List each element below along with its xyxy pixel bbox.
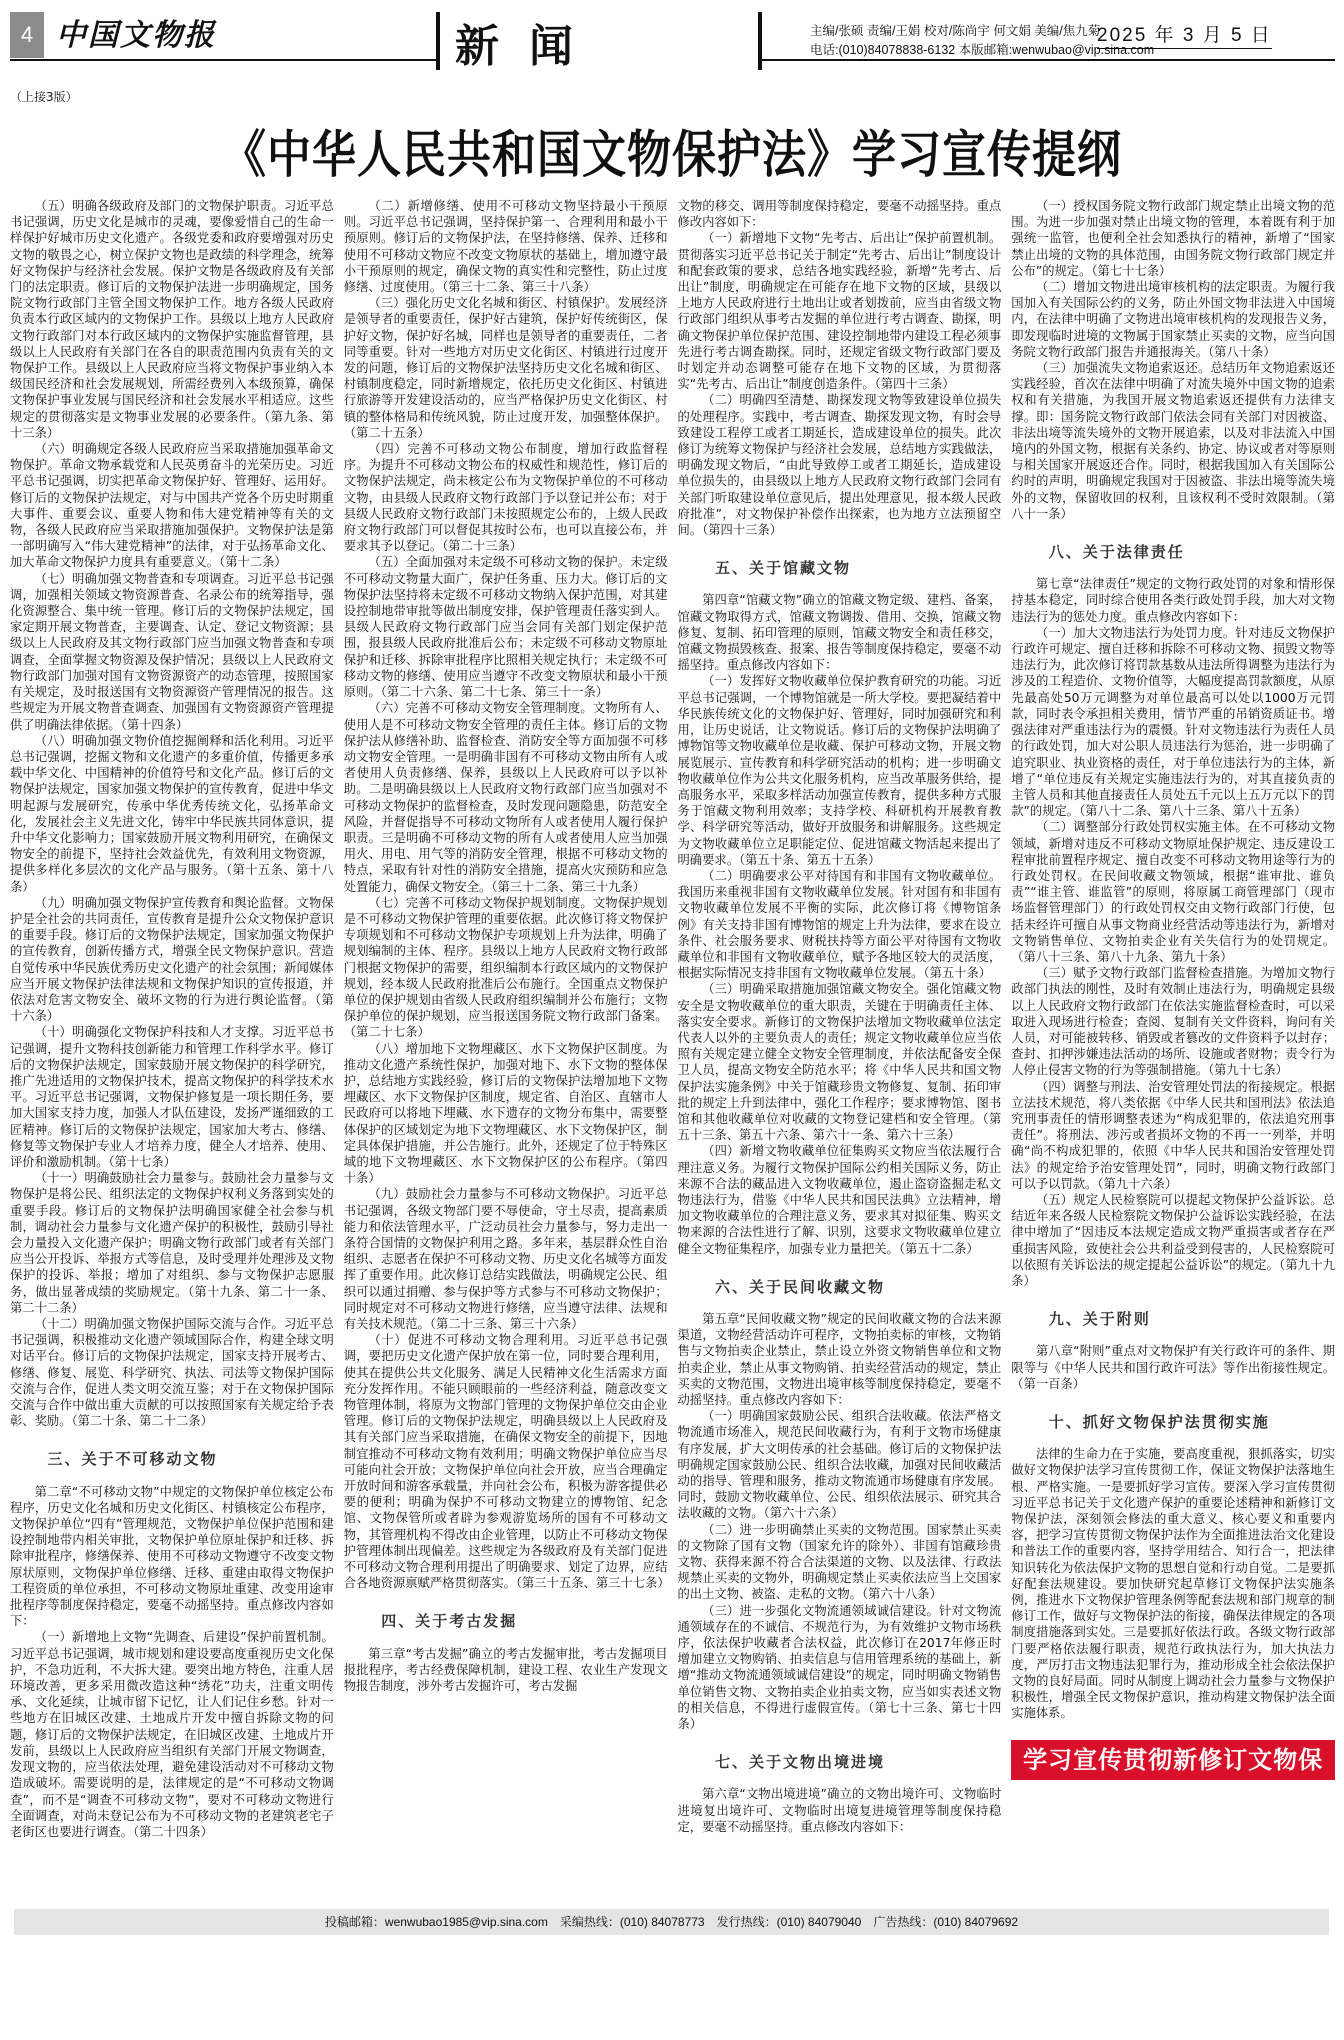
section-heading: 十、抓好文物保护法贯彻实施 — [1011, 1414, 1335, 1430]
article-paragraph: （二）增加文物进出境审核机构的法定职责。为履行我国加入有关国际公约的义务，防止外… — [1011, 279, 1335, 360]
article-paragraph: （九）明确加强文物保护宣传教育和舆论监督。文物保护是全社会的共同责任，宣传教育是… — [10, 895, 334, 1025]
section-heading: 七、关于文物出境进境 — [678, 1754, 1002, 1770]
article-paragraph: （七）完善不可移动文物保护规划制度。文物保护规划是不可移动文物保护管理的重要依据… — [344, 895, 668, 1041]
column-3: 文物的移交、调用等制度保持稳定，要毫不动摇坚持。重点修改内容如下：（一）新增地下… — [678, 198, 1002, 1908]
article-paragraph: （三）明确采取措施加强馆藏文物安全。强化馆藏文物安全是文物收藏单位的重大职责，关… — [678, 981, 1002, 1143]
article-paragraph: （一）明确国家鼓励公民、组织合法收藏。依法严格文物流通市场准入，规范民间收藏行为… — [678, 1408, 1002, 1521]
article-paragraph: （五）明确各级政府及部门的文物保护职责。习近平总书记强调，历史文化是城市的灵魂，… — [10, 198, 334, 441]
section-heading: 六、关于民间收藏文物 — [678, 1279, 1002, 1295]
article-paragraph: （四）完善不可移动文物公布制度，增加行政监督程序。为提升不可移动文物公布的权威性… — [344, 441, 668, 554]
newspaper-logo: 中国文物报 — [56, 10, 216, 54]
article-paragraph: （五）规定人民检察院可以提起文物保护公益诉讼。总结近年来各级人民检察院文物保护公… — [1011, 1192, 1335, 1289]
article-paragraph: 法律的生命力在于实施，要高度重视，狠抓落实，切实做好文物保护法学习宣传贯彻工作，… — [1011, 1446, 1335, 1721]
article-paragraph: 文物的移交、调用等制度保持稳定，要毫不动摇坚持。重点修改内容如下： — [678, 198, 1002, 230]
footer-contact-bar: 投稿邮箱：wenwubao1985@vip.sina.com 采编热线：(010… — [14, 1909, 1329, 1935]
section-heading: 九、关于附则 — [1011, 1311, 1335, 1327]
section-title: 新闻 — [455, 10, 603, 74]
article-paragraph: （二）调整部分行政处罚权实施主体。在不可移动文物领域，新增对违反不可移动文物原址… — [1011, 819, 1335, 965]
promo-banner: 学习宣传贯彻新修订文物保护法 — [1011, 1740, 1335, 1780]
article-paragraph: （三）加强流失文物追索返还。总结历年文物追索返还实践经验，首次在法律中明确了对流… — [1011, 360, 1335, 522]
divider-bar-left — [436, 12, 440, 70]
section-heading: 八、关于法律责任 — [1011, 544, 1335, 560]
masthead: 4 中国文物报 新闻 主编/张硕 责编/王娟 校对/陈尚宇 何文娟 美编/焦九菊… — [0, 0, 1344, 72]
page-number: 4 — [10, 12, 44, 58]
article-paragraph: （一）新增地上文物“先调查、后建设”保护前置机制。习近平总书记强调，城市规划和建… — [10, 1629, 334, 1840]
article-paragraph: 第六章“文物出境进境”确立的文物出境许可、文物临时进境复出境许可、文物临时出境复… — [678, 1786, 1002, 1835]
masthead-rule-left — [10, 59, 436, 61]
article-paragraph: （七）明确加强文物普查和专项调查。习近平总书记强调，加强相关领域文物资源普查、名… — [10, 571, 334, 733]
article-paragraph: （四）调整与刑法、治安管理处罚法的衔接规定。根据立法技术规范，将八类依据《中华人… — [1011, 1079, 1335, 1192]
article-paragraph: （三）强化历史文化名城和街区、村镇保护。发展经济是领导者的重要责任，保护好古建筑… — [344, 295, 668, 441]
article-paragraph: （二）进一步明确禁止买卖的文物范围。国家禁止买卖的文物除了国有文物（国家允许的除… — [678, 1522, 1002, 1603]
section-heading: 四、关于考古发掘 — [344, 1613, 668, 1629]
headline: 《中华人民共和国文物保护法》学习宣传提纲 — [0, 113, 1344, 187]
article-paragraph: （六）明确规定各级人民政府应当采取措施加强革命文物保护。革命文物承载党和人民英勇… — [10, 441, 334, 571]
article-paragraph: （四）新增文物收藏单位征集购买文物应当依法履行合理注意义务。为履行文物保护国际公… — [678, 1143, 1002, 1256]
article-paragraph: 第八章“附则”重点对文物保护有关行政许可的条件、期限等与《中华人民共和国行政许可… — [1011, 1343, 1335, 1392]
article-paragraph: （五）全面加强对未定级不可移动文物的保护。未定级不可移动文物量大面广，保护任务重… — [344, 554, 668, 700]
column-1: （五）明确各级政府及部门的文物保护职责。习近平总书记强调，历史文化是城市的灵魂，… — [10, 198, 334, 1908]
article-paragraph: 第五章“民间收藏文物”规定的民间收藏文物的合法来源渠道，文物经营活动许可程序，文… — [678, 1311, 1002, 1408]
article-paragraph: （六）完善不可移动文物安全管理制度。文物所有人、使用人是不可移动文物安全管理的责… — [344, 700, 668, 894]
issue-date: 2025 年 3 月 5 日 — [1097, 20, 1272, 49]
section-heading: 三、关于不可移动文物 — [10, 1451, 334, 1467]
article-paragraph: （十一）明确鼓励社会力量参与。鼓励社会力量参与文物保护是将公民、组织法定的文物保… — [10, 1170, 334, 1316]
article-paragraph: （三）赋予文物行政部门监督检查措施。为增加文物行政部门执法的刚性，及时有效制止违… — [1011, 965, 1335, 1078]
section-heading: 五、关于馆藏文物 — [678, 560, 1002, 576]
article-paragraph: 第二章“不可移动文物”中规定的文物保护单位核定公布程序，历史文化名城和历史文化街… — [10, 1484, 334, 1630]
article-paragraph: （二）明确要求公平对待国有和非国有文物收藏单位。我国历来重视非国有文物收藏单位发… — [678, 868, 1002, 981]
column-4: （一）授权国务院文物行政部门规定禁止出境文物的范围。为进一步加强对禁止出境文物的… — [1011, 198, 1335, 1908]
article-paragraph: （二）新增修缮、使用不可移动文物坚持最小干预原则。习近平总书记强调，坚持保护第一… — [344, 198, 668, 295]
article-paragraph: （一）新增地下文物“先考古、后出让”保护前置机制。贯彻落实习近平总书记关于制定“… — [678, 230, 1002, 392]
article-paragraph: 第三章“考古发掘”确立的考古发掘审批，考古发掘项目报批程序，考古经费保障机制，建… — [344, 1646, 668, 1695]
divider-bar-right — [758, 12, 762, 70]
masthead-rule-right — [760, 59, 1335, 61]
article-paragraph: （一）加大文物违法行为处罚力度。针对违反文物保护行政许可规定、擅自迁移和拆除不可… — [1011, 625, 1335, 819]
article-paragraph: （二）明确四至清楚、勘探发现文物等致建设单位损失的处理程序。实践中，考古调查、勘… — [678, 392, 1002, 538]
article-paragraph: （三）进一步强化文物流通领域诚信建设。针对文物流通领域存在的不诚信、不规范行为，… — [678, 1603, 1002, 1733]
article-paragraph: （十）促进不可移动文物合理利用。习近平总书记强调，要把历史文化遗产保护放在第一位… — [344, 1332, 668, 1591]
column-2: （二）新增修缮、使用不可移动文物坚持最小干预原则。习近平总书记强调，坚持保护第一… — [344, 198, 668, 1908]
continued-note: （上接3版） — [10, 88, 78, 105]
article-paragraph: （八）增加地下文物埋藏区、水下文物保护区制度。为推动文化遗产系统性保护，加强对地… — [344, 1041, 668, 1187]
article-paragraph: 第四章“馆藏文物”确立的馆藏文物定级、建档、备案，馆藏文物取得方式，馆藏文物调拨… — [678, 592, 1002, 673]
article-paragraph: （一）授权国务院文物行政部门规定禁止出境文物的范围。为进一步加强对禁止出境文物的… — [1011, 198, 1335, 279]
article-paragraph: （十二）明确加强文物保护国际交流与合作。习近平总书记强调，积极推动文化遗产领域国… — [10, 1316, 334, 1429]
article-paragraph: （九）鼓励社会力量参与不可移动文物保护。习近平总书记强调，各级文物部门要不辱使命… — [344, 1186, 668, 1332]
article-paragraph: （十）明确强化文物保护科技和人才支撑。习近平总书记强调，提升文物科技创新能力和管… — [10, 1024, 334, 1170]
article-paragraph: 第七章“法律责任”规定的文物行政处罚的对象和情形保持基本稳定，同时综合使用各类行… — [1011, 576, 1335, 625]
article-columns: （五）明确各级政府及部门的文物保护职责。习近平总书记强调，历史文化是城市的灵魂，… — [10, 198, 1335, 1908]
article-paragraph: （八）明确加强文物价值挖掘阐释和活化利用。习近平总书记强调，挖掘文物和文化遗产的… — [10, 733, 334, 895]
article-paragraph: （一）发挥好文物收藏单位保护教育研究的功能。习近平总书记强调，一个博物馆就是一所… — [678, 673, 1002, 867]
